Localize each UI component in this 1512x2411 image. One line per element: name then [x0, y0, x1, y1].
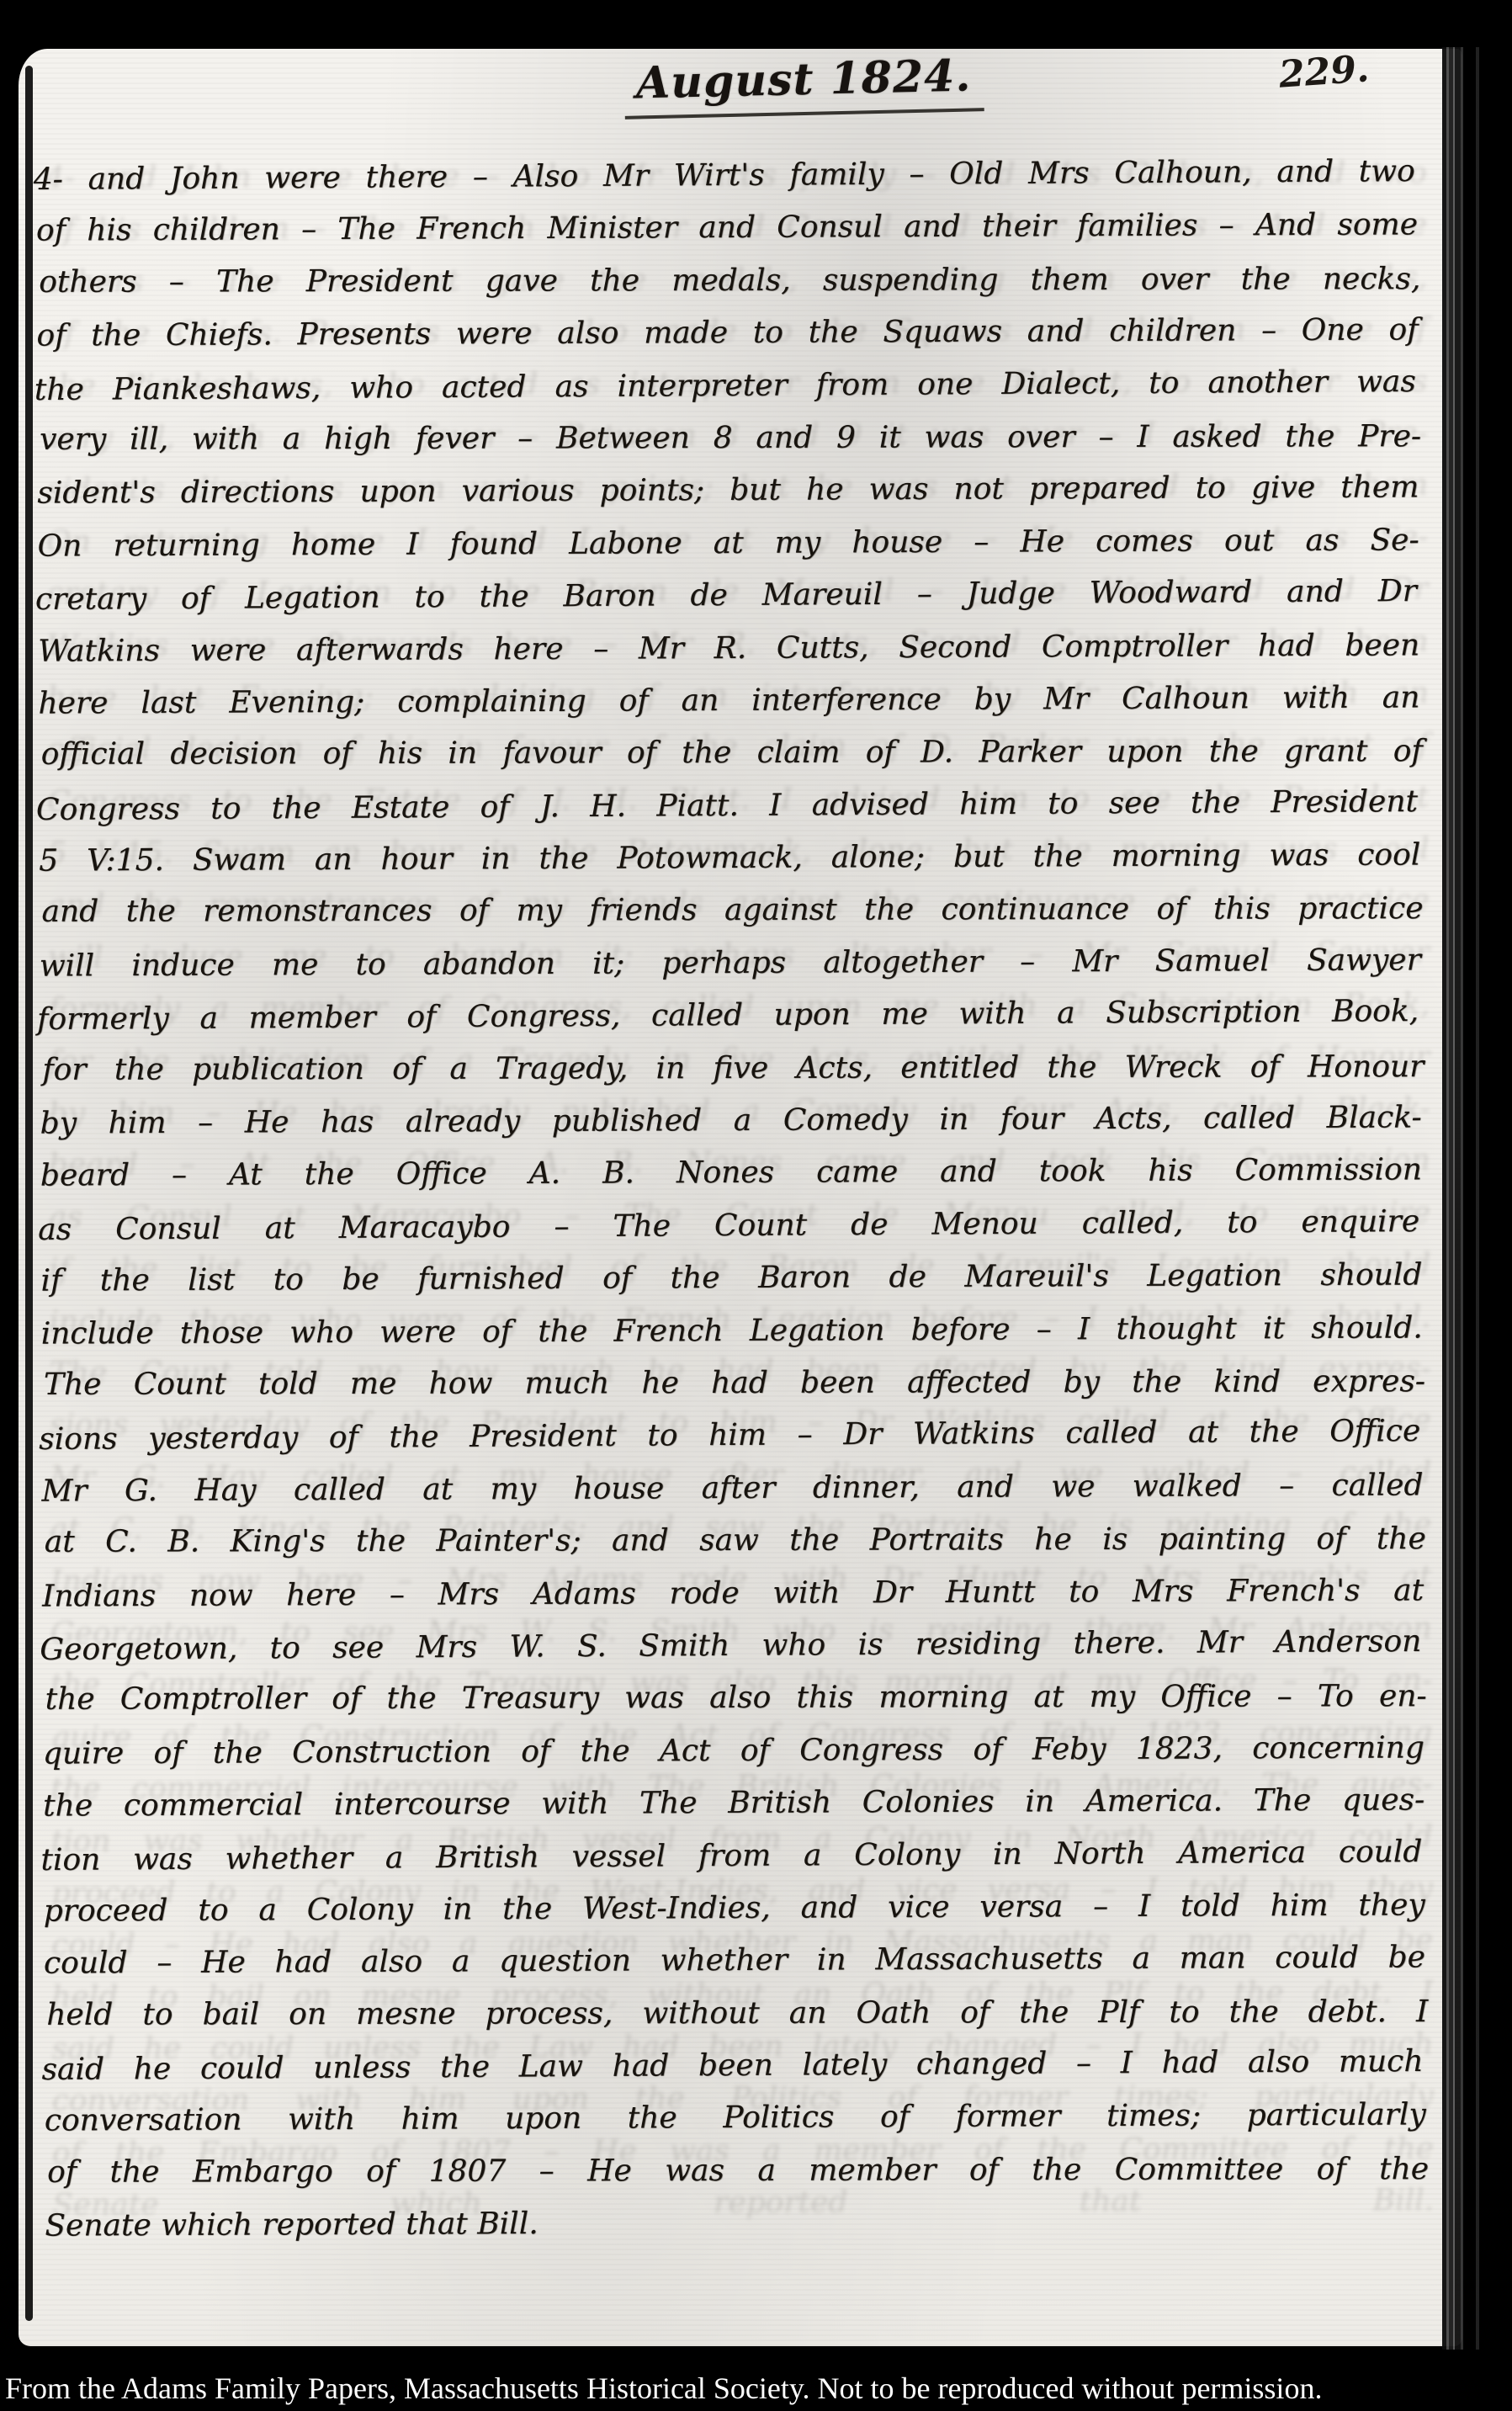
manuscript-line: proceed to a Colony in the West-Indies, …	[44, 1879, 1425, 1938]
manuscript-line: official decision of his in favour of th…	[41, 725, 1423, 781]
manuscript-line: others – The President gave the medals, …	[39, 253, 1420, 309]
manuscript-line: will induce me to abandon it; perhaps al…	[40, 934, 1421, 993]
manuscript-line: 5 V:15. Swam an hour in the Potowmack, a…	[39, 830, 1420, 889]
entry-month-heading: August 1824.	[623, 50, 984, 119]
manuscript-line: by him – He has already published a Come…	[40, 1091, 1421, 1150]
manuscript-line: could – He had also a question whether i…	[44, 1932, 1425, 1991]
manuscript-line: Mr G. Hay called at my house after dinne…	[41, 1459, 1423, 1518]
book-page-edges	[1442, 47, 1512, 2350]
manuscript-line: Senate which reported that Bill.	[45, 2195, 1426, 2254]
manuscript-line: of the Embargo of 1807 – He was a member…	[47, 2143, 1429, 2199]
manuscript-line: sions yesterday of the President to him …	[39, 1405, 1420, 1466]
manuscript-line: The Count told me how much he had been a…	[44, 1356, 1425, 1411]
manuscript-line: and the remonstrances of my friends agai…	[41, 884, 1423, 939]
manuscript-line: include those who were of the French Leg…	[41, 1302, 1423, 1361]
manuscript-text-body: 4- and John were there – Also Mr Wirt's …	[36, 146, 1427, 2253]
manuscript-line: tion was whether a British vessel from a…	[40, 1825, 1422, 1886]
attribution-bar: From the Adams Family Papers, Massachuse…	[0, 2364, 1512, 2411]
manuscript-line: if the list to be furnished of the Baron…	[40, 1250, 1422, 1309]
manuscript-line: said he could unless the Law had been la…	[41, 2036, 1423, 2096]
manuscript-line: beard – At the Office A. B. Nones came a…	[40, 1144, 1422, 1203]
manuscript-line: held to bail on mesne process, without a…	[46, 1986, 1428, 2042]
manuscript-line: quire of the Construction of the Act of …	[43, 1722, 1424, 1781]
manuscript-line: for the publication of a Tragedy, in fiv…	[42, 1041, 1424, 1097]
manuscript-line: On returning home I found Labone at my h…	[37, 514, 1419, 573]
manuscript-line: conversation with him upon the Politics …	[45, 2090, 1426, 2148]
manuscript-line: as Consul at Maracaybo – The Count de Me…	[38, 1196, 1419, 1256]
manuscript-line: 4- and John were there – Also Mr Wirt's …	[34, 146, 1415, 206]
manuscript-line: Georgetown, to see Mrs W. S. Smith who i…	[40, 1616, 1421, 1676]
manuscript-line: sident's directions upon various points;…	[37, 462, 1419, 521]
manuscript-line: very ill, with a high fever – Between 8 …	[40, 411, 1421, 466]
manuscript-line: of his children – The French Minister an…	[36, 199, 1418, 258]
manuscript-line: here last Evening; complaining of an int…	[38, 672, 1419, 730]
manuscript-line: Congress to the Estate of J. H. Piatt. I…	[36, 776, 1418, 836]
manuscript-line: the Comptroller of the Treasury was also…	[45, 1670, 1427, 1726]
manuscript-line: of the Chiefs. Presents were also made t…	[36, 305, 1418, 364]
manuscript-line: Watkins were afterwards here – Mr R. Cut…	[38, 619, 1419, 678]
manuscript-line: the commercial intercourse with The Brit…	[43, 1775, 1424, 1834]
page-number: 229.	[1277, 47, 1370, 96]
manuscript-line: the Piankeshaws, who acted as interprete…	[34, 356, 1416, 417]
page-binding-edge-line	[25, 66, 33, 2321]
attribution-text: From the Adams Family Papers, Massachuse…	[5, 2371, 1322, 2406]
manuscript-line: cretary of Legation to the Baron de Mare…	[35, 566, 1417, 626]
manuscript-line: Indians now here – Mrs Adams rode with D…	[42, 1564, 1424, 1623]
manuscript-line: at C. B. King's the Painter's; and saw t…	[45, 1513, 1426, 1569]
manuscript-line: formerly a member of Congress, called up…	[37, 985, 1419, 1046]
